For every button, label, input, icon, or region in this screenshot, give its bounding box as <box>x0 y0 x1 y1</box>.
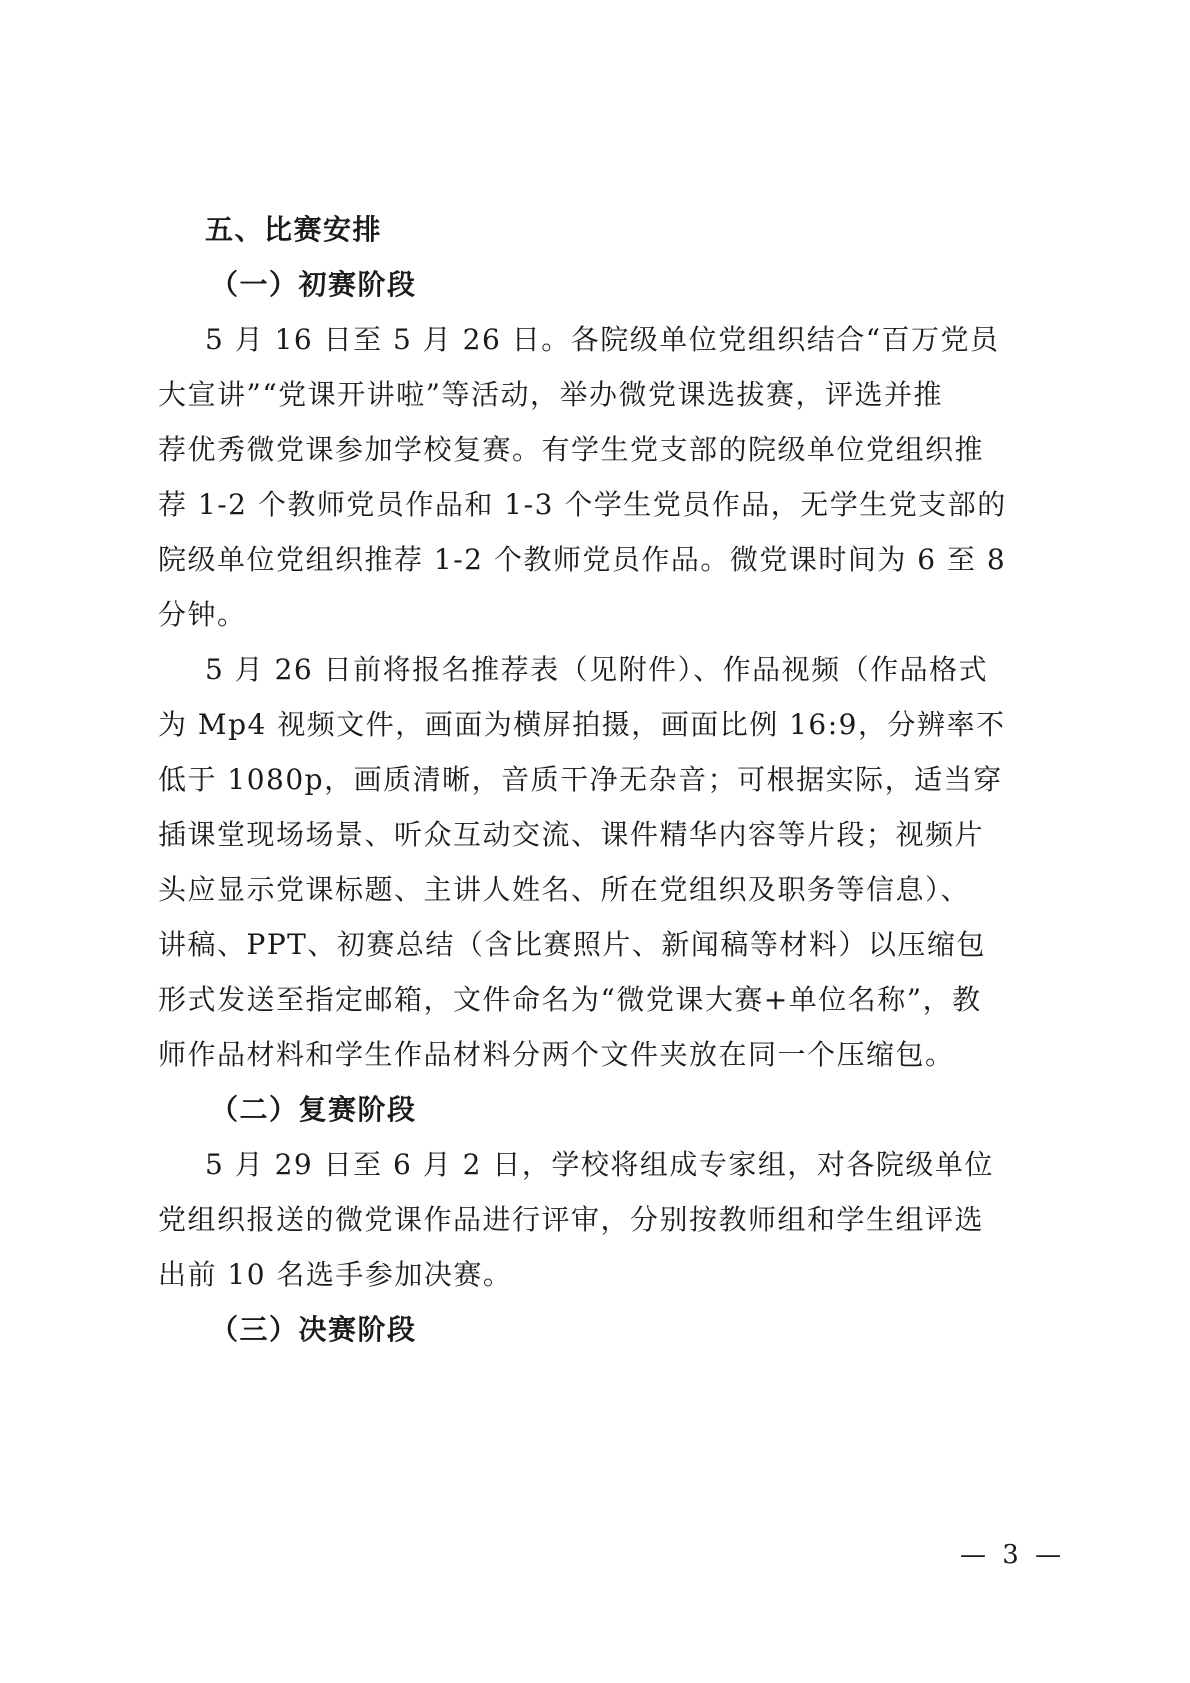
paragraph-line: 讲稿、PPT、初赛总结（含比赛照片、新闻稿等材料）以压缩包 <box>158 925 1038 965</box>
stage-heading-preliminary: （一）初赛阶段 <box>210 265 1090 305</box>
paragraph-line: 师作品材料和学生作品材料分两个文件夹放在同一个压缩包。 <box>158 1035 1038 1075</box>
paragraph-line: 头应显示党课标题、主讲人姓名、所在党组织及职务等信息）、 <box>158 870 1038 910</box>
paragraph-line: 党组织报送的微党课作品进行评审，分别按教师组和学生组评选 <box>158 1200 1038 1240</box>
paragraph-line: 低于 1080p，画质清晰，音质干净无杂音；可根据实际，适当穿 <box>158 760 1038 800</box>
paragraph-line: 荐优秀微党课参加学校复赛。有学生党支部的院级单位党组织推 <box>158 430 1038 470</box>
paragraph-line: 分钟。 <box>158 595 1038 635</box>
section-heading: 五、比赛安排 <box>205 210 1085 250</box>
stage-heading-final: （三）决赛阶段 <box>210 1310 1090 1350</box>
stage-heading-semifinal: （二）复赛阶段 <box>210 1090 1090 1130</box>
paragraph-line: 5 月 29 日至 6 月 2 日，学校将组成专家组，对各院级单位 <box>205 1145 1085 1185</box>
document-page: 五、比赛安排 （一）初赛阶段 5 月 16 日至 5 月 26 日。各院级单位党… <box>0 0 1190 1683</box>
page-number: — 3 — <box>960 1540 1065 1570</box>
paragraph-line: 5 月 26 日前将报名推荐表（见附件）、作品视频（作品格式 <box>205 650 1085 690</box>
paragraph-line: 荐 1-2 个教师党员作品和 1-3 个学生党员作品，无学生党支部的 <box>158 485 1038 525</box>
paragraph-line: 插课堂现场场景、听众互动交流、课件精华内容等片段；视频片 <box>158 815 1038 855</box>
paragraph-line: 5 月 16 日至 5 月 26 日。各院级单位党组织结合“百万党员 <box>205 320 1085 360</box>
paragraph-line: 院级单位党组织推荐 1-2 个教师党员作品。微党课时间为 6 至 8 <box>158 540 1038 580</box>
paragraph-line: 形式发送至指定邮箱，文件命名为“微党课大赛+单位名称”，教 <box>158 980 1038 1020</box>
paragraph-line: 为 Mp4 视频文件，画面为横屏拍摄，画面比例 16:9，分辨率不 <box>158 705 1038 745</box>
paragraph-line: 出前 10 名选手参加决赛。 <box>158 1255 1038 1295</box>
paragraph-line: 大宣讲”“党课开讲啦”等活动，举办微党课选拔赛，评选并推 <box>158 375 1038 415</box>
